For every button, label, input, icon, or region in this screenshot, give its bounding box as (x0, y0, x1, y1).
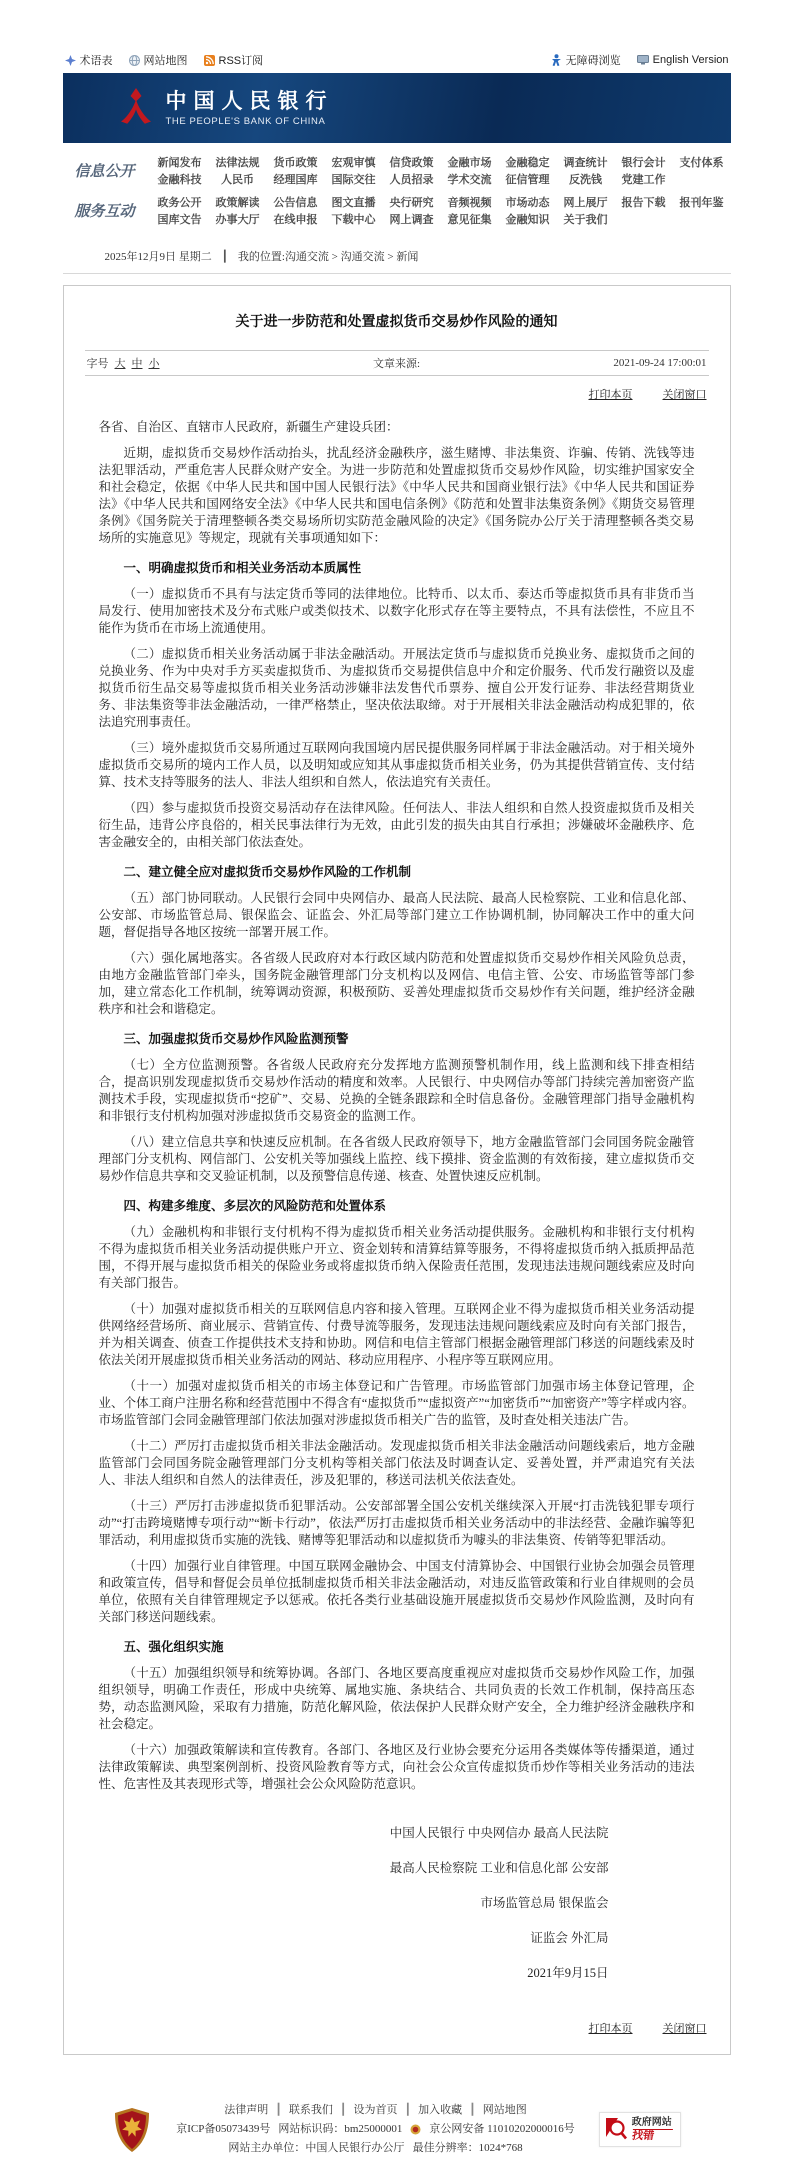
nav-column: 报告下载 (615, 197, 673, 227)
nav-row-info: 信息公开 新闻发布金融科技法律法规人民币货币政策经理国库宏观审慎国际交往信贷政策… (63, 152, 731, 192)
bank-name-en: THE PEOPLE'S BANK OF CHINA (166, 116, 334, 127)
nav-item[interactable]: 银行会计 (615, 157, 673, 170)
footer-link[interactable]: 设为首页 (354, 2104, 398, 2116)
bank-names: 中国人民银行 THE PEOPLE'S BANK OF CHINA (166, 90, 334, 127)
body-paragraph: （二）虚拟货币相关业务活动属于非法金融活动。开展法定货币与虚拟货币兑换业务、虚拟… (99, 646, 695, 731)
nav-item[interactable]: 调查统计 (557, 157, 615, 170)
main-nav: 信息公开 新闻发布金融科技法律法规人民币货币政策经理国库宏观审慎国际交往信贷政策… (63, 143, 731, 238)
nav-column: 政策解读办事大厅 (209, 197, 267, 227)
nav-item[interactable]: 宏观审慎 (325, 157, 383, 170)
font-size-option[interactable]: 中 (132, 358, 143, 370)
english-version-label: English Version (653, 54, 729, 66)
print-close-row-bottom: 打印本页 关闭窗口 (85, 1998, 709, 2042)
nav-item[interactable]: 政务公开 (151, 197, 209, 210)
nav-column: 宏观审慎国际交往 (325, 157, 383, 187)
nav-column: 新闻发布金融科技 (151, 157, 209, 187)
body-paragraph: （五）部门协同联动。人民银行会同中央网信办、最高人民法院、最高人民检察院、工业和… (99, 890, 695, 941)
nav-item[interactable]: 音频视频 (441, 197, 499, 210)
footer-link[interactable]: 法律声明 (224, 2104, 268, 2116)
article-meta-bar: 字号大中小 文章来源: 2021-09-24 17:00:01 (85, 350, 709, 376)
nav-columns-service: 政务公开国库文告政策解读办事大厅公告信息在线申报图文直播下载中心央行研究网上调查… (151, 197, 731, 227)
body-paragraph: （七）全方位监测预警。各省级人民政府充分发挥地方监测预警机制作用，线上监测和线下… (99, 1057, 695, 1125)
font-size-label: 字号 (87, 358, 109, 370)
article-body: 各省、自治区、直辖市人民政府，新疆生产建设兵团：近期，虚拟货币交易炒作活动抬头，… (85, 402, 709, 1793)
nav-item[interactable]: 下载中心 (325, 214, 383, 227)
best-resolution: 最佳分辨率：1024*768 (413, 2142, 523, 2154)
footer-links: 法律声明┃联系我们┃设为首页┃加入收藏┃网站地图 (176, 2101, 575, 2120)
body-paragraph: （十五）加强组织领导和统筹协调。各部门、各地区要高度重视应对虚拟货币交易炒作风险… (99, 1665, 695, 1733)
nav-item[interactable]: 学术交流 (441, 174, 499, 187)
accessibility-link[interactable]: 无障碍浏览 (551, 52, 621, 68)
nav-item[interactable]: 国库文告 (151, 214, 209, 227)
body-paragraph: （十三）严厉打击涉虚拟货币犯罪活动。公安部部署全国公安机关继续深入开展“打击洗钱… (99, 1498, 695, 1549)
location-label: 我的位置: (238, 251, 285, 263)
body-paragraph: （十）加强对虚拟货币相关的互联网信息内容和接入管理。互联网企业不得为虚拟货币相关… (99, 1301, 695, 1369)
nav-item[interactable]: 人员招录 (383, 174, 441, 187)
body-paragraph: （六）强化属地落实。各省级人民政府对本行政区域内防范和处置虚拟货币交易炒作相关风… (99, 950, 695, 1018)
body-paragraph: （十六）加强政策解读和宣传教育。各部门、各地区及行业协会要充分运用各类媒体等传播… (99, 1742, 695, 1793)
section-heading: 一、明确虚拟货币和相关业务活动本质属性 (99, 560, 695, 577)
nav-item[interactable]: 网上调查 (383, 214, 441, 227)
police-record-number: 京公网安备 11010202000016号 (429, 2120, 574, 2139)
page: 术语表 网站地图 RSS订阅 无障碍浏览 English Version (63, 0, 731, 2180)
nav-column: 市场动态金融知识 (499, 197, 557, 227)
nav-item[interactable]: 信贷政策 (383, 157, 441, 170)
site-banner: 中国人民银行 THE PEOPLE'S BANK OF CHINA (63, 73, 731, 143)
nav-column: 支付体系 (673, 157, 731, 187)
nav-item[interactable]: 国际交往 (325, 174, 383, 187)
nav-item[interactable]: 征信管理 (499, 174, 557, 187)
nav-columns-info: 新闻发布金融科技法律法规人民币货币政策经理国库宏观审慎国际交往信贷政策人员招录金… (151, 157, 731, 187)
body-paragraph: （八）建立信息共享和快速反应机制。在各省级人民政府领导下，地方金融监管部门会同国… (99, 1134, 695, 1185)
rss-icon (204, 55, 215, 66)
body-paragraph: （三）境外虚拟货币交易所通过互联网向我国境内居民提供服务同样属于非法金融活动。对… (99, 740, 695, 791)
font-size-option[interactable]: 小 (149, 358, 160, 370)
nav-item[interactable]: 政策解读 (209, 197, 267, 210)
footer-link-separator: ┃ (469, 2104, 476, 2116)
gov-website-error-report-badge[interactable]: 政府网站 找错 (599, 2112, 681, 2147)
nav-item[interactable]: 金融科技 (151, 174, 209, 187)
article-box: 关于进一步防范和处置虚拟货币交易炒作风险的通知 字号大中小 文章来源: 2021… (63, 285, 731, 2055)
section-heading: 四、构建多维度、多层次的风险防范和处置体系 (99, 1198, 695, 1215)
footer-text: 法律声明┃联系我们┃设为首页┃加入收藏┃网站地图 京ICP备05073439号 … (176, 2101, 575, 2158)
section-heading: 五、强化组织实施 (99, 1639, 695, 1656)
nav-column: 央行研究网上调查 (383, 197, 441, 227)
site-footer: 法律声明┃联系我们┃设为首页┃加入收藏┃网站地图 京ICP备05073439号 … (63, 2101, 731, 2180)
article-datetime: 2021-09-24 17:00:01 (500, 357, 707, 369)
icp-number: 京ICP备05073439号 (176, 2120, 270, 2139)
nav-item[interactable]: 网上展厅 (557, 197, 615, 210)
nav-item[interactable]: 支付体系 (673, 157, 731, 170)
nav-item[interactable]: 金融知识 (499, 214, 557, 227)
nav-item[interactable]: 党建工作 (615, 174, 673, 187)
nav-column: 法律法规人民币 (209, 157, 267, 187)
nav-item[interactable]: 报告下载 (615, 197, 673, 210)
section-heading: 二、建立健全应对虚拟货币交易炒作风险的工作机制 (99, 864, 695, 881)
body-paragraph: （一）虚拟货币不具有与法定货币等同的法律地位。比特币、以太币、泰达币等虚拟货币具… (99, 586, 695, 637)
sitemap-label: 网站地图 (144, 52, 188, 68)
signature-block: 中国人民银行 中央网信办 最高人民法院最高人民检察院 工业和信息化部 公安部市场… (85, 1823, 709, 1981)
nav-column: 网上展厅关于我们 (557, 197, 615, 227)
pbc-logo-icon (119, 87, 153, 129)
nav-item[interactable]: 市场动态 (499, 197, 557, 210)
nav-item[interactable]: 办事大厅 (209, 214, 267, 227)
nav-item[interactable]: 央行研究 (383, 197, 441, 210)
footer-link[interactable]: 联系我们 (289, 2104, 333, 2116)
greeting-line: 各省、自治区、直辖市人民政府，新疆生产建设兵团： (99, 419, 695, 436)
footer-link[interactable]: 加入收藏 (418, 2104, 462, 2116)
article-title: 关于进一步防范和处置虚拟货币交易炒作风险的通知 (85, 286, 709, 350)
nav-column: 调查统计反洗钱 (557, 157, 615, 187)
nav-item[interactable]: 人民币 (209, 174, 267, 187)
signature-line: 证监会 外汇局 (85, 1928, 609, 1946)
breadcrumb-separator: ┃ (222, 251, 229, 263)
body-paragraph: （四）参与虚拟货币投资交易活动存在法律风险。任何法人、非法人组织和自然人投资虚拟… (99, 800, 695, 851)
nav-group-label-service: 服务互动 (63, 200, 151, 221)
print-close-row-top: 打印本页 关闭窗口 (85, 376, 709, 402)
nav-item[interactable]: 货币政策 (267, 157, 325, 170)
close-window-link[interactable]: 关闭窗口 (663, 386, 707, 402)
article-source: 文章来源: (293, 355, 500, 371)
accessibility-icon (551, 54, 562, 66)
nav-column: 金融市场学术交流 (441, 157, 499, 187)
topbar-right: 无障碍浏览 English Version (551, 52, 729, 68)
close-window-link-bottom[interactable]: 关闭窗口 (663, 2020, 707, 2036)
nav-item[interactable]: 关于我们 (557, 214, 615, 227)
nav-row-service: 服务互动 政务公开国库文告政策解读办事大厅公告信息在线申报图文直播下载中心央行研… (63, 192, 731, 232)
topbar-left: 术语表 网站地图 RSS订阅 (65, 52, 264, 68)
nav-column: 银行会计党建工作 (615, 157, 673, 187)
government-shield-emblem-icon (112, 2107, 152, 2153)
globe-icon (129, 55, 140, 66)
nav-column: 信贷政策人员招录 (383, 157, 441, 187)
nav-group-label-info: 信息公开 (63, 160, 151, 181)
nav-item[interactable]: 意见征集 (441, 214, 499, 227)
nav-item[interactable]: 反洗钱 (557, 174, 615, 187)
english-version-link[interactable]: English Version (637, 54, 729, 66)
nav-item[interactable]: 金融市场 (441, 157, 499, 170)
signature-line: 最高人民检察院 工业和信息化部 公安部 (85, 1858, 609, 1876)
body-paragraph: （九）金融机构和非银行支付机构不得为虚拟货币相关业务活动提供服务。金融机构和非银… (99, 1224, 695, 1292)
nav-item[interactable]: 经理国库 (267, 174, 325, 187)
nav-item[interactable]: 图文直播 (325, 197, 383, 210)
nav-column: 金融稳定征信管理 (499, 157, 557, 187)
sitemap-link[interactable]: 网站地图 (129, 52, 188, 68)
font-size-option[interactable]: 大 (115, 358, 126, 370)
gov-badge-text: 政府网站 找错 (632, 2116, 672, 2143)
host-unit: 网站主办单位：中国人民银行办公厅 (228, 2142, 404, 2154)
signature-line: 中国人民银行 中央网信办 最高人民法院 (85, 1823, 609, 1841)
glossary-label: 术语表 (80, 52, 113, 68)
nav-item[interactable]: 新闻发布 (151, 157, 209, 170)
footer-registration-line: 京ICP备05073439号 网站标识码：bm25000001 京公网安备 11… (176, 2120, 575, 2139)
print-page-link[interactable]: 打印本页 (589, 386, 633, 402)
rss-label: RSS订阅 (219, 52, 264, 68)
footer-host-line: 网站主办单位：中国人民银行办公厅 最佳分辨率：1024*768 (176, 2139, 575, 2158)
nav-column: 政务公开国库文告 (151, 197, 209, 227)
nav-item[interactable]: 在线申报 (267, 214, 325, 227)
footer-link-separator: ┃ (340, 2104, 347, 2116)
print-page-link-bottom[interactable]: 打印本页 (589, 2020, 633, 2036)
nav-column: 公告信息在线申报 (267, 197, 325, 227)
police-badge-icon (410, 2124, 421, 2135)
nav-column: 报刊年鉴 (673, 197, 731, 227)
gov-badge-line1: 政府网站 (632, 2116, 672, 2129)
glossary-icon (65, 55, 76, 66)
nav-item[interactable]: 公告信息 (267, 197, 325, 210)
section-heading: 三、加强虚拟货币交易炒作风险监测预警 (99, 1031, 695, 1048)
nav-item[interactable]: 法律法规 (209, 157, 267, 170)
footer-link[interactable]: 网站地图 (483, 2104, 527, 2116)
nav-column: 图文直播下载中心 (325, 197, 383, 227)
site-code: 网站标识码：bm25000001 (278, 2120, 402, 2139)
font-size-control: 字号大中小 (87, 355, 294, 371)
footer-link-separator: ┃ (405, 2104, 412, 2116)
bank-name-cn: 中国人民银行 (166, 90, 334, 113)
nav-column: 音频视频意见征集 (441, 197, 499, 227)
breadcrumb: 2025年12月9日 星期二 ┃ 我的位置:沟通交流 > 沟通交流 > 新闻 (63, 238, 731, 274)
signature-line: 市场监管总局 银保监会 (85, 1893, 609, 1911)
gov-badge-line2: 找错 (631, 2129, 673, 2143)
nav-column: 货币政策经理国库 (267, 157, 325, 187)
signature-line: 2021年9月15日 (85, 1963, 609, 1981)
body-paragraph: （十四）加强行业自律管理。中国互联网金融协会、中国支付清算协会、中国银行业协会加… (99, 1558, 695, 1626)
magnifier-icon (605, 2117, 627, 2143)
top-utility-bar: 术语表 网站地图 RSS订阅 无障碍浏览 English Version (63, 52, 731, 73)
breadcrumb-path[interactable]: 沟通交流 > 沟通交流 > 新闻 (285, 251, 418, 263)
monitor-icon (637, 55, 649, 65)
footer-link-separator: ┃ (275, 2104, 282, 2116)
nav-item[interactable]: 报刊年鉴 (673, 197, 731, 210)
current-date: 2025年12月9日 星期二 (105, 251, 212, 263)
accessibility-label: 无障碍浏览 (566, 52, 621, 68)
body-paragraph: （十二）严厉打击虚拟货币相关非法金融活动。发现虚拟货币相关非法金融活动问题线索后… (99, 1438, 695, 1489)
nav-item[interactable]: 金融稳定 (499, 157, 557, 170)
body-paragraph: （十一）加强对虚拟货币相关的市场主体登记和广告管理。市场监管部门加强市场主体登记… (99, 1378, 695, 1429)
body-paragraph: 近期，虚拟货币交易炒作活动抬头，扰乱经济金融秩序，滋生赌博、非法集资、诈骗、传销… (99, 445, 695, 547)
rss-link[interactable]: RSS订阅 (204, 52, 264, 68)
glossary-link[interactable]: 术语表 (65, 52, 113, 68)
